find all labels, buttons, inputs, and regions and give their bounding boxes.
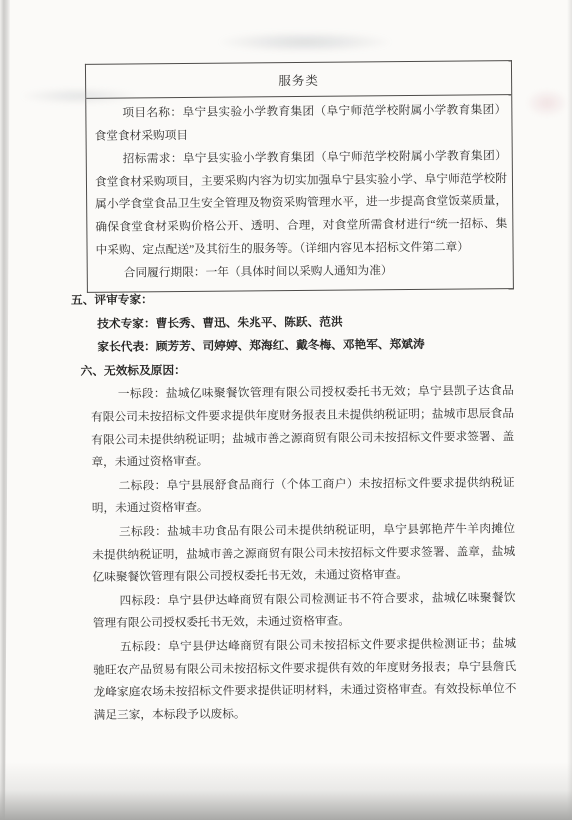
scan-artifact-bleedthrough-top — [220, 32, 390, 52]
scan-artifact-bleedthrough-left — [22, 88, 137, 104]
document-body-text: 五、评审专家： 技术专家：曹长秀、曹迅、朱兆平、陈跃、范洪 家长代表：顾芳芳、司… — [90, 286, 517, 728]
contract-period-paragraph: 合同履行期限：一年（具体时间以采购人通知为准） — [96, 259, 508, 285]
lot-2-invalid-bid-paragraph: 二标段：阜宁县展舒食品商行（个体工商户）未按招标文件要求提供纳税证明，未通过资格… — [92, 472, 515, 521]
lot-3-invalid-bid-paragraph: 三标段：盐城丰功食品有限公司未提供纳税证明，阜宁县郭艳芹牛羊肉摊位未提供纳税证明… — [92, 518, 516, 589]
lot-4-invalid-bid-paragraph: 四标段：阜宁县伊达峰商贸有限公司检测证书不符合要求，盐城亿味聚餐饮管理有限公司授… — [93, 587, 516, 636]
tender-requirements-paragraph: 招标需求：阜宁县实验小学教育集团（阜宁师范学校附属小学教育集团）食堂食材采购项目… — [95, 145, 508, 262]
table-row: 服务类 — [85, 61, 511, 99]
lot-1-invalid-bid-paragraph: 一标段：盐城亿味聚餐饮管理有限公司授权委托书无效；阜宁县凯子达食品有限公司未按招… — [91, 381, 515, 475]
scanned-document-page: 服务类 项目名称：阜宁县实验小学教育集团（阜宁师范学校附属小学教育集团）食堂食材… — [0, 0, 572, 820]
procurement-info-table: 服务类 项目名称：阜宁县实验小学教育集团（阜宁师范学校附属小学教育集团）食堂食材… — [85, 60, 514, 292]
scan-page-right-edge — [567, 0, 572, 820]
parent-representatives-line: 家长代表：顾芳芳、司婷婷、郑海红、戴冬梅、邓艳军、郑斌涛 — [90, 333, 513, 359]
table-body-cell: 项目名称：阜宁县实验小学教育集团（阜宁师范学校附属小学教育集团）食堂食材采购项目… — [86, 95, 514, 292]
table-header-service-category: 服务类 — [86, 61, 511, 99]
table-row: 项目名称：阜宁县实验小学教育集团（阜宁师范学校附属小学教育集团）食堂食材采购项目… — [86, 95, 514, 292]
scanned-document-viewport: 服务类 项目名称：阜宁县实验小学教育集团（阜宁师范学校附属小学教育集团）食堂食材… — [0, 0, 572, 820]
scan-artifact-pink-mark — [527, 90, 567, 116]
project-name-paragraph: 项目名称：阜宁县实验小学教育集团（阜宁师范学校附属小学教育集团）食堂食材采购项目 — [94, 99, 506, 148]
page-content: 服务类 项目名称：阜宁县实验小学教育集团（阜宁师范学校附属小学教育集团）食堂食材… — [0, 0, 572, 820]
scan-page-bottom-shadow — [0, 762, 572, 820]
technical-experts-line: 技术专家：曹长秀、曹迅、朱兆平、陈跃、范洪 — [90, 310, 513, 336]
lot-5-invalid-bid-paragraph: 五标段：阜宁县伊达峰商贸有限公司未按招标文件要求提供检测证书；盐城驰旺农产品贸易… — [93, 633, 517, 727]
section-heading-review-experts: 五、评审专家： — [71, 286, 513, 312]
section-heading-invalid-bids: 六、无效标及原因： — [81, 357, 514, 383]
